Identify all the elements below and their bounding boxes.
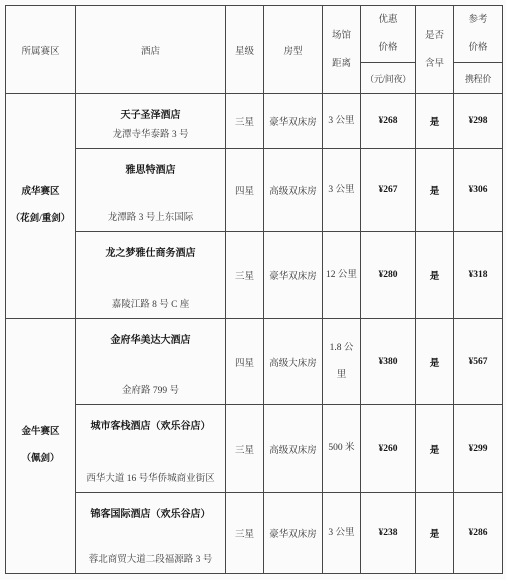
price-cell: ¥280 — [361, 232, 416, 319]
price-cell: ¥267 — [361, 149, 416, 232]
hotel-cell: 锦客国际酒店（欢乐谷店） 蓉北商贸大道二段福源路 3 号 — [76, 493, 226, 574]
room-cell: 高级双床房 — [264, 149, 323, 232]
header-price-unit: （元/间夜） — [361, 63, 416, 94]
region-name: 金牛赛区 — [6, 426, 75, 439]
header-breakfast: 是否含早 — [416, 6, 454, 94]
table-row: 金牛赛区 （佩剑） 金府华美达大酒店 金府路 799 号 四星 高级大床房 1.… — [6, 319, 503, 405]
breakfast-cell: 是 — [416, 149, 454, 232]
price-cell: ¥268 — [361, 94, 416, 149]
distance-cell: 12 公里 — [323, 232, 361, 319]
hotel-cell: 天子圣泽酒店 龙潭寺华泰路 3 号 — [76, 94, 226, 149]
star-cell: 四星 — [226, 149, 264, 232]
hotel-cell: 金府华美达大酒店 金府路 799 号 — [76, 319, 226, 405]
star-cell: 三星 — [226, 232, 264, 319]
breakfast-cell: 是 — [416, 493, 454, 574]
table-row: 龙之梦雅仕商务酒店 嘉陵江路 8 号 C 座 三星 豪华双床房 12 公里 ¥2… — [6, 232, 503, 319]
region-sub: （花剑/重剑） — [6, 213, 75, 226]
breakfast-cell: 是 — [416, 232, 454, 319]
hotel-address: 蓉北商贸大道二段福源路 3 号 — [89, 551, 213, 565]
hotel-cell: 龙之梦雅仕商务酒店 嘉陵江路 8 号 C 座 — [76, 232, 226, 319]
breakfast-cell: 是 — [416, 319, 454, 405]
star-cell: 三星 — [226, 493, 264, 574]
hotel-cell: 城市客栈酒店（欢乐谷店） 西华大道 16 号华侨城商业街区 — [76, 405, 226, 493]
header-ref-title: 参考价格 — [454, 6, 503, 63]
room-cell: 豪华双床房 — [264, 493, 323, 574]
hotel-address: 龙潭路 3 号上东国际 — [108, 209, 194, 223]
header-row: 所属赛区 酒店 星级 房型 场馆距离 优惠价格 是否含早 参考价格 — [6, 6, 503, 63]
ref-price-cell: ¥286 — [454, 493, 503, 574]
table-row: 成华赛区 （花剑/重剑） 天子圣泽酒店 龙潭寺华泰路 3 号 三星 豪华双床房 … — [6, 94, 503, 149]
star-cell: 四星 — [226, 319, 264, 405]
region-cell-chenghua: 成华赛区 （花剑/重剑） — [6, 94, 76, 319]
price-cell: ¥260 — [361, 405, 416, 493]
header-ref-sub: 携程价 — [454, 63, 503, 94]
star-cell: 三星 — [226, 405, 264, 493]
ref-price-cell: ¥298 — [454, 94, 503, 149]
header-region: 所属赛区 — [6, 6, 76, 94]
room-cell: 豪华双床房 — [264, 232, 323, 319]
ref-price-cell: ¥318 — [454, 232, 503, 319]
hotel-name: 龙之梦雅仕商务酒店 — [106, 244, 196, 259]
price-cell: ¥238 — [361, 493, 416, 574]
table-row: 雅思特酒店 龙潭路 3 号上东国际 四星 高级双床房 3 公里 ¥267 是 ¥… — [6, 149, 503, 232]
header-hotel: 酒店 — [76, 6, 226, 94]
hotel-name: 金府华美达大酒店 — [111, 331, 191, 346]
hotel-address: 嘉陵江路 8 号 C 座 — [112, 296, 190, 310]
breakfast-cell: 是 — [416, 94, 454, 149]
distance-cell: 3 公里 — [323, 94, 361, 149]
hotel-name: 锦客国际酒店（欢乐谷店） — [91, 505, 211, 520]
distance-cell: 3 公里 — [323, 493, 361, 574]
header-star: 星级 — [226, 6, 264, 94]
hotel-address: 金府路 799 号 — [122, 382, 179, 396]
breakfast-cell: 是 — [416, 405, 454, 493]
room-cell: 豪华双床房 — [264, 94, 323, 149]
region-name: 成华赛区 — [6, 186, 75, 199]
hotel-name: 城市客栈酒店（欢乐谷店） — [91, 417, 211, 432]
distance-cell: 1.8 公 里 — [323, 319, 361, 405]
header-room: 房型 — [264, 6, 323, 94]
ref-price-cell: ¥299 — [454, 405, 503, 493]
distance-cell: 500 米 — [323, 405, 361, 493]
region-cell-jinniu: 金牛赛区 （佩剑） — [6, 319, 76, 574]
price-cell: ¥380 — [361, 319, 416, 405]
hotel-name: 天子圣泽酒店 — [121, 106, 181, 121]
distance-cell: 3 公里 — [323, 149, 361, 232]
hotel-cell: 雅思特酒店 龙潭路 3 号上东国际 — [76, 149, 226, 232]
region-sub: （佩剑） — [6, 453, 75, 466]
table-row: 锦客国际酒店（欢乐谷店） 蓉北商贸大道二段福源路 3 号 三星 豪华双床房 3 … — [6, 493, 503, 574]
hotel-address: 西华大道 16 号华侨城商业街区 — [86, 470, 214, 484]
star-cell: 三星 — [226, 94, 264, 149]
hotel-address: 龙潭寺华泰路 3 号 — [112, 126, 188, 140]
room-cell: 高级双床房 — [264, 405, 323, 493]
header-price-title: 优惠价格 — [361, 6, 416, 63]
room-cell: 高级大床房 — [264, 319, 323, 405]
hotel-name: 雅思特酒店 — [126, 161, 176, 176]
hotel-price-table: 所属赛区 酒店 星级 房型 场馆距离 优惠价格 是否含早 参考价格 （元/间夜）… — [5, 5, 503, 574]
ref-price-cell: ¥567 — [454, 319, 503, 405]
ref-price-cell: ¥306 — [454, 149, 503, 232]
table-row: 城市客栈酒店（欢乐谷店） 西华大道 16 号华侨城商业街区 三星 高级双床房 5… — [6, 405, 503, 493]
header-distance: 场馆距离 — [323, 6, 361, 94]
